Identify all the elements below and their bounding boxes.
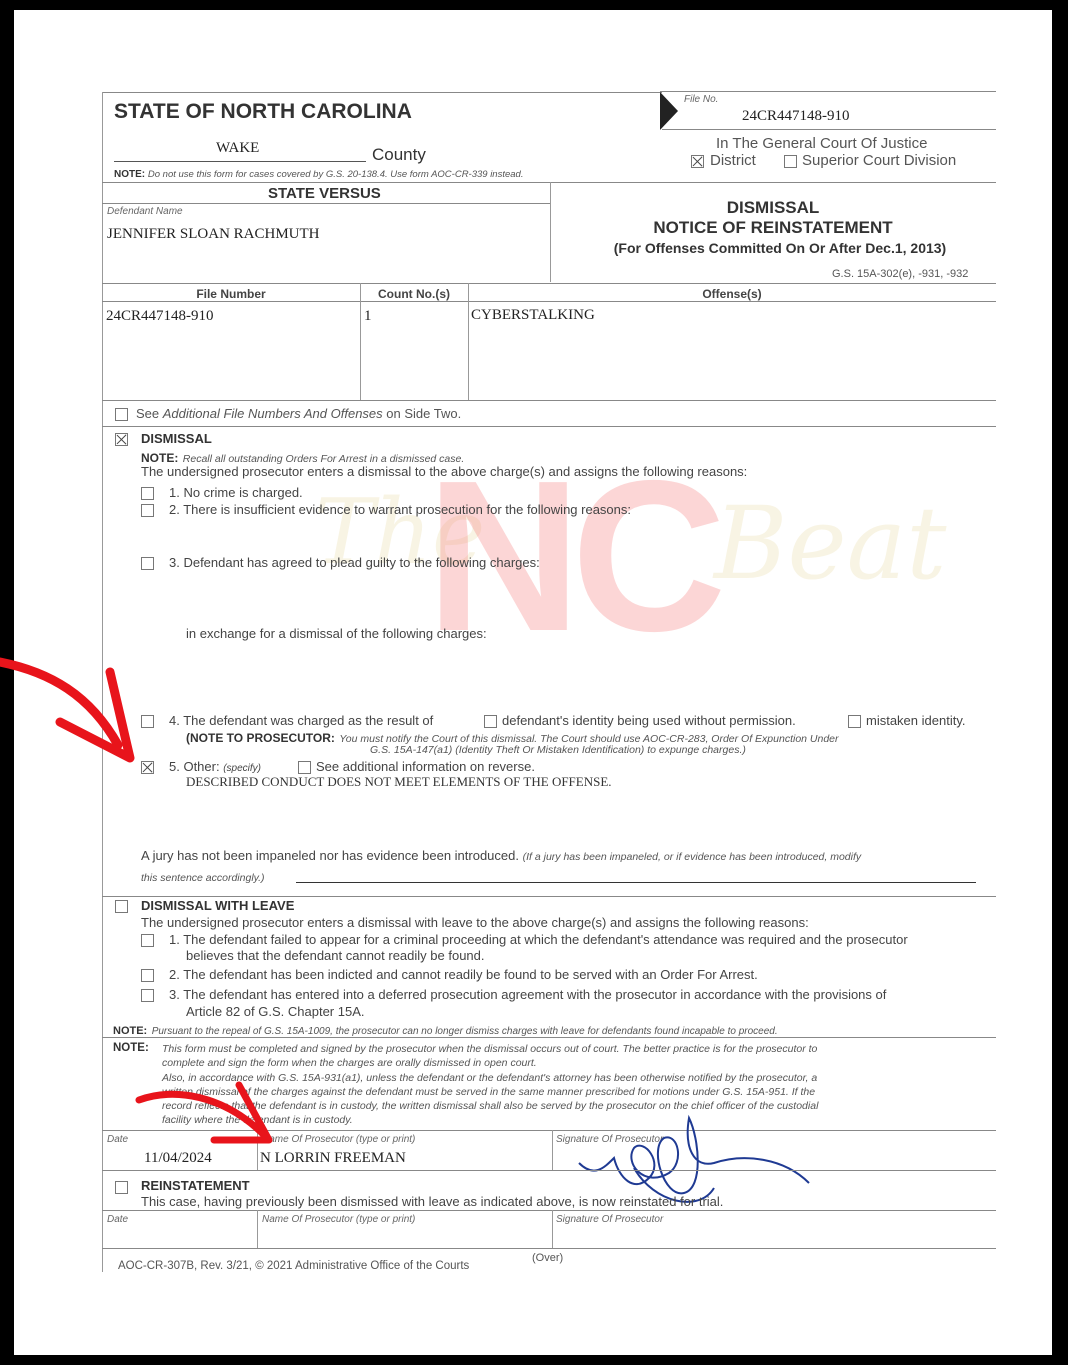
leave-reason-1-line1: 1. The defendant failed to appear for a …	[169, 932, 908, 947]
dismissal-heading: DISMISSAL	[141, 431, 212, 446]
file-no-label: File No.	[684, 94, 718, 105]
leave-reason-2-checkbox[interactable]	[141, 969, 154, 982]
defendant-label: Defendant Name	[107, 206, 183, 217]
watermark-script-right: Beat	[714, 485, 946, 602]
reason-3-checkbox[interactable]	[141, 557, 154, 570]
form-id: AOC-CR-307B, Rev. 3/21, © 2021 Administr…	[118, 1260, 469, 1272]
identity-used-label: defendant's identity being used without …	[502, 713, 796, 728]
reason-4-text: 4. The defendant was charged as the resu…	[169, 713, 433, 728]
jury-text: A jury has not been impaneled nor has ev…	[141, 848, 861, 863]
leave-reason-1-checkbox[interactable]	[141, 934, 154, 947]
general-note-line-1: This form must be completed and signed b…	[162, 1043, 817, 1055]
leave-reason-2-line1: 2. The defendant has been indicted and c…	[169, 967, 758, 982]
dismissal-checkbox[interactable]	[115, 433, 128, 446]
date-label: Date	[107, 1134, 128, 1145]
reinstatement-text: This case, having previously been dismis…	[141, 1194, 723, 1209]
header-note-label: NOTE:	[114, 169, 145, 180]
reinstatement-date-label: Date	[107, 1214, 128, 1225]
dismissal-intro: The undersigned prosecutor enters a dism…	[141, 464, 747, 479]
col-count: Count No.(s)	[360, 287, 468, 301]
general-note-label: NOTE:	[113, 1042, 149, 1054]
additional-offenses-label: See Additional File Numbers And Offenses…	[136, 406, 461, 421]
header-note: NOTE: Do not use this form for cases cov…	[114, 169, 523, 180]
mistaken-identity-label: mistaken identity.	[866, 713, 965, 728]
see-reverse-label: See additional information on reverse.	[316, 759, 535, 774]
superior-checkbox[interactable]	[784, 155, 797, 168]
prosecutor-note-line2: G.S. 15A-147(a1) (Identity Theft Or Mist…	[370, 744, 746, 756]
state-versus-heading: STATE VERSUS	[268, 185, 381, 202]
dismissal-with-leave-checkbox[interactable]	[115, 900, 128, 913]
reason-2-checkbox[interactable]	[141, 504, 154, 517]
additional-offenses-checkbox[interactable]	[115, 408, 128, 421]
table-cell-offense[interactable]: CYBERSTALKING	[471, 307, 595, 324]
over-label: (Over)	[532, 1252, 563, 1264]
form-title-line3: (For Offenses Committed On Or After Dec.…	[580, 240, 980, 256]
general-note-line-2: complete and sign the form when the char…	[162, 1057, 537, 1069]
identity-used-checkbox[interactable]	[484, 715, 497, 728]
table-cell-file-number[interactable]: 24CR447148-910	[106, 308, 214, 325]
see-reverse-checkbox[interactable]	[298, 761, 311, 774]
county-value: WAKE	[216, 140, 259, 157]
col-file-number: File Number	[102, 287, 360, 301]
defendant-name[interactable]: JENNIFER SLOAN RACHMUTH	[107, 226, 320, 243]
reason-5-text: 5. Other: (specify)	[169, 759, 261, 774]
file-no-arrow-icon	[660, 92, 678, 130]
court-title: In The General Court Of Justice	[716, 135, 928, 152]
form-statute: G.S. 15A-302(e), -931, -932	[832, 268, 968, 280]
district-label: District	[710, 152, 756, 169]
state-title: STATE OF NORTH CAROLINA	[114, 100, 412, 124]
document-page: The NC Beat STATE OF NORTH CAROLINA WAKE…	[14, 10, 1052, 1355]
table-cell-count[interactable]: 1	[364, 308, 372, 325]
reinstatement-heading: REINSTATEMENT	[141, 1178, 250, 1193]
exchange-text: in exchange for a dismissal of the follo…	[186, 626, 487, 641]
reason-1-text: 1. No crime is charged.	[169, 485, 303, 500]
red-arrow-annotation-1	[0, 650, 160, 780]
dismissal-with-leave-intro: The undersigned prosecutor enters a dism…	[141, 915, 809, 930]
reinstatement-name-label: Name Of Prosecutor (type or print)	[262, 1214, 415, 1225]
form-title-line2: NOTICE OF REINSTATEMENT	[550, 218, 996, 238]
reason-3-text: 3. Defendant has agreed to plead guilty …	[169, 555, 540, 570]
reason-2-text: 2. There is insufficient evidence to war…	[169, 502, 631, 517]
leave-reason-3-checkbox[interactable]	[141, 989, 154, 1002]
other-reason-value[interactable]: DESCRIBED CONDUCT DOES NOT MEET ELEMENTS…	[186, 774, 612, 790]
prosecutor-signature	[574, 1108, 824, 1208]
reinstatement-checkbox[interactable]	[115, 1181, 128, 1194]
leave-reason-3-line1: 3. The defendant has entered into a defe…	[169, 987, 886, 1002]
superior-label: Superior Court Division	[802, 152, 956, 169]
district-checkbox[interactable]	[691, 155, 704, 168]
mistaken-identity-checkbox[interactable]	[848, 715, 861, 728]
county-label: County	[372, 145, 426, 165]
dismissal-with-leave-heading: DISMISSAL WITH LEAVE	[141, 898, 294, 913]
leave-reason-3-line2: Article 82 of G.S. Chapter 15A.	[186, 1004, 364, 1019]
reinstatement-signature-label: Signature Of Prosecutor	[556, 1214, 663, 1225]
form-title-line1: DISMISSAL	[550, 198, 996, 218]
col-offense: Offense(s)	[468, 287, 996, 301]
file-no-value[interactable]: 24CR447148-910	[742, 108, 850, 125]
header-note-text: Do not use this form for cases covered b…	[148, 169, 524, 180]
reason-1-checkbox[interactable]	[141, 487, 154, 500]
jury-note-line2: this sentence accordingly.)	[141, 872, 265, 884]
leave-reason-1-line2: believes that the defendant cannot readi…	[186, 948, 485, 963]
red-arrow-annotation-2	[134, 1075, 294, 1155]
